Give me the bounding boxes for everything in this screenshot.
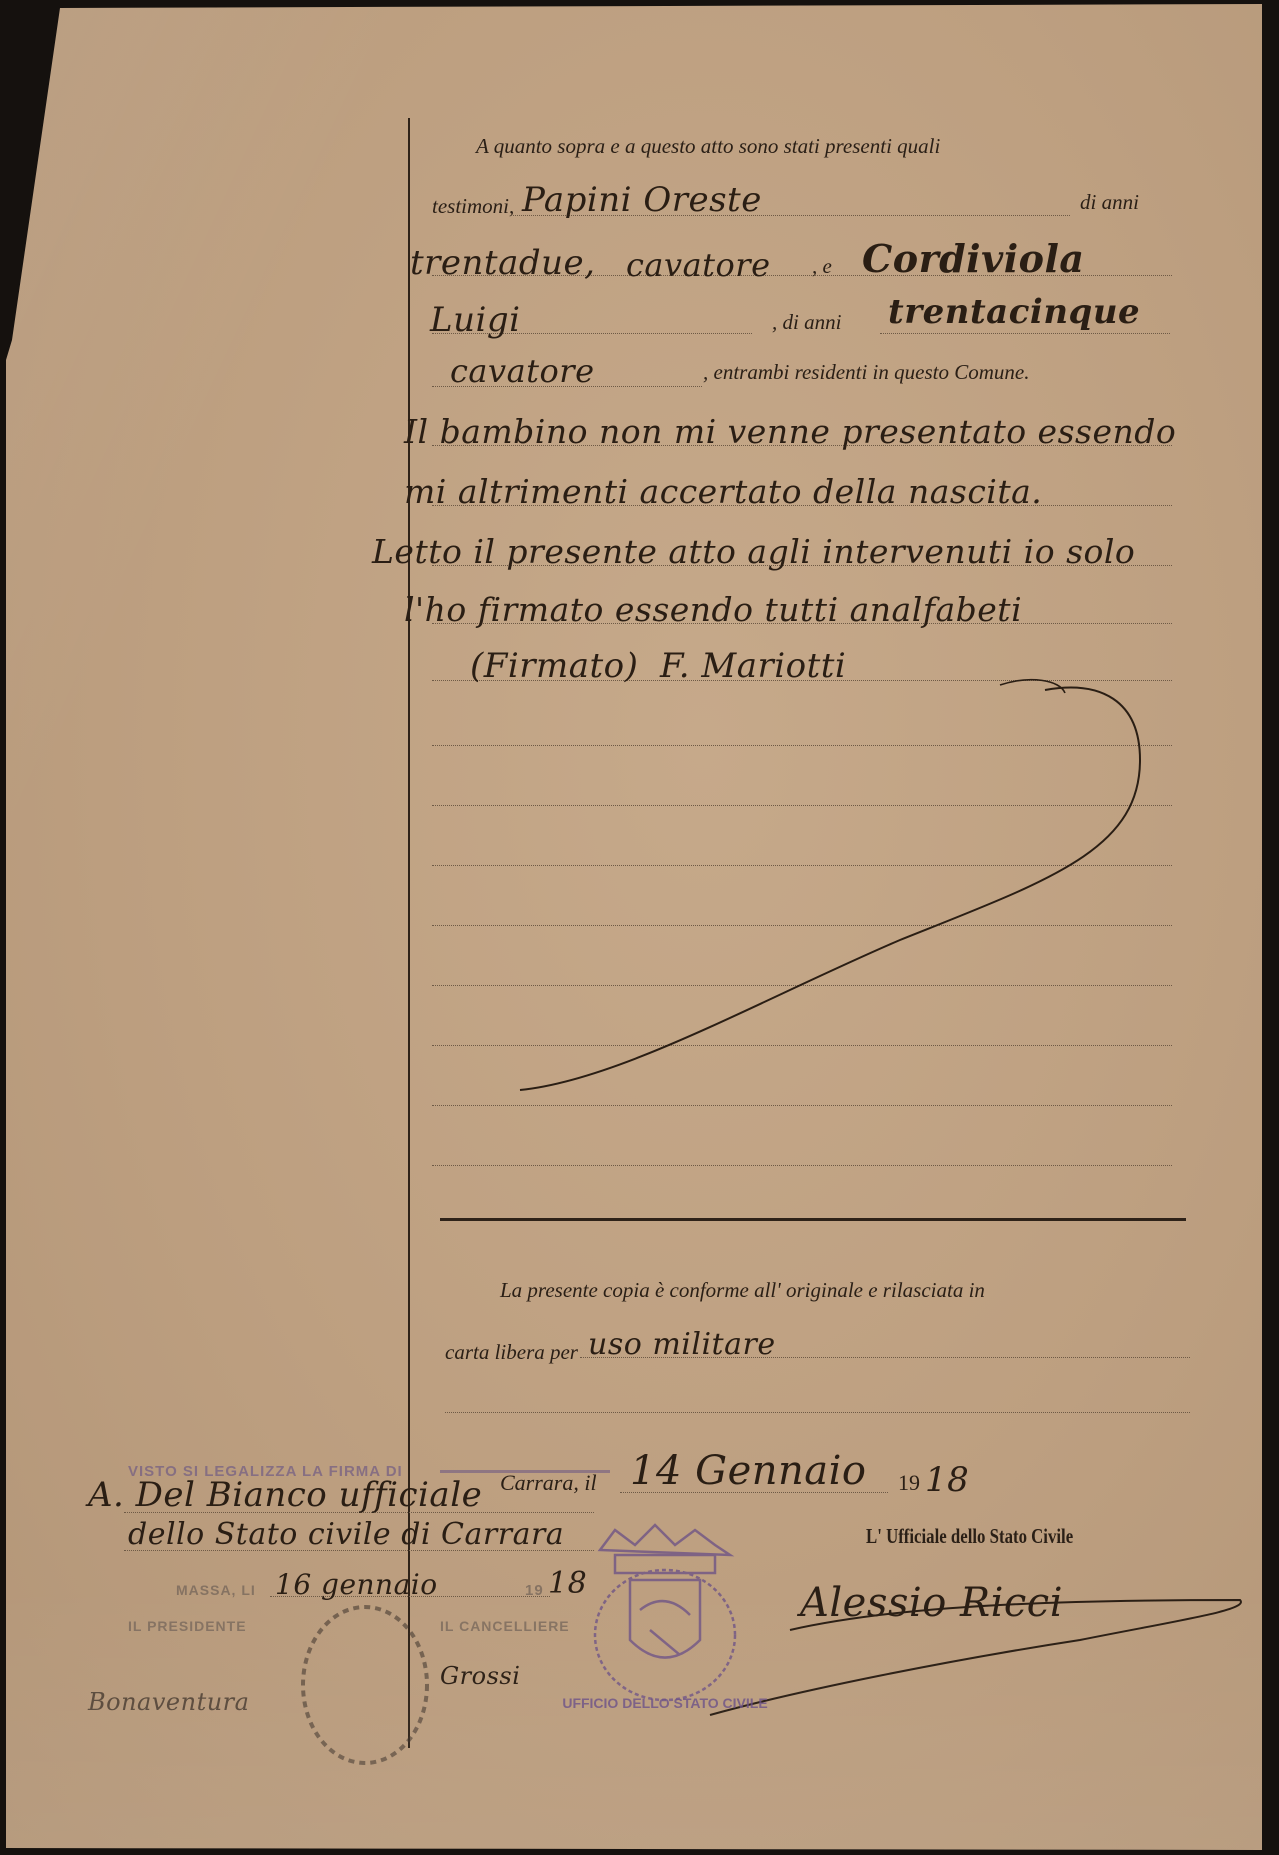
legalization-place: MASSA, LI: [176, 1582, 256, 1598]
court-seal: [290, 1600, 440, 1770]
official-stamp: UFFICIO DELLO STATO CIVILE: [580, 1520, 750, 1720]
legalization-hand-line-1: A. Del Bianco ufficiale: [88, 1475, 482, 1515]
legalization-hand-line-2: dello Stato civile di Carrara: [128, 1517, 564, 1552]
legalization-date: 16 gennaio: [275, 1568, 438, 1601]
signature-cancelliere: Grossi: [440, 1662, 520, 1690]
legalization-underline: [440, 1470, 610, 1473]
legalization-year: 18: [548, 1566, 587, 1601]
signature-presidente: Bonaventura: [88, 1688, 249, 1716]
label-cancelliere: IL CANCELLIERE: [440, 1618, 570, 1634]
document-sheet: A quanto sopra e a questo atto sono stat…: [0, 0, 1279, 1855]
label-presidente: IL PRESIDENTE: [128, 1618, 247, 1634]
stamp-ring-text: UFFICIO DELLO STATO CIVILE: [562, 1695, 767, 1711]
legalization-year-prefix: 19: [525, 1582, 544, 1599]
